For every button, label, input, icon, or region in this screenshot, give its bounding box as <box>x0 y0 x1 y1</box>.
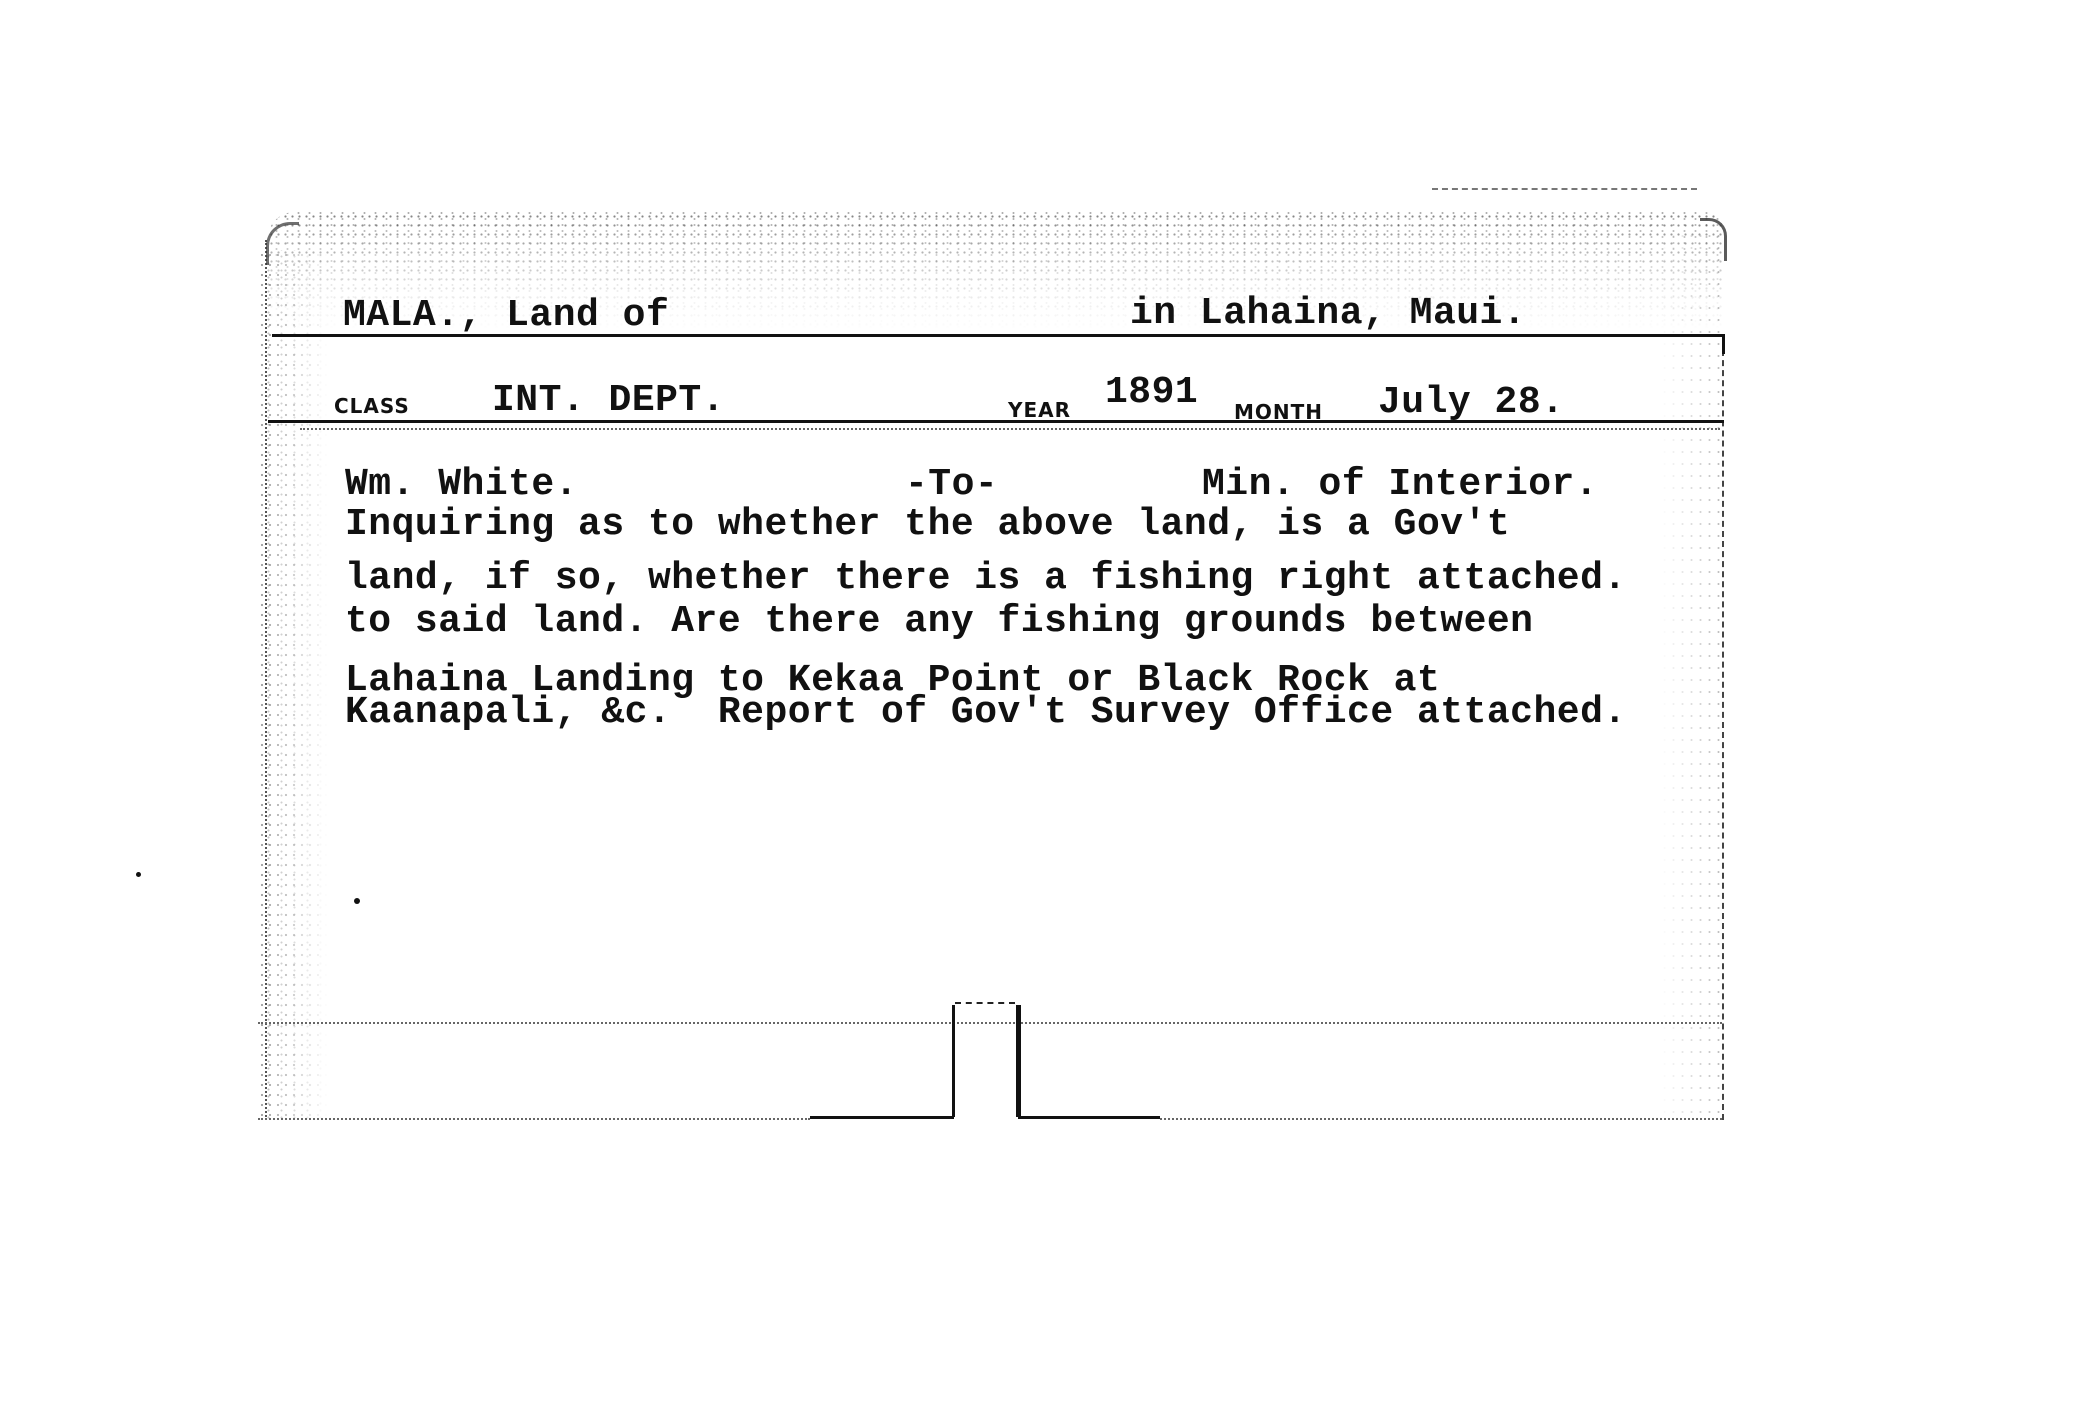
card-title-left: MALA., Land of <box>343 297 669 335</box>
year-label: YEAR <box>1008 400 1071 420</box>
bottom-edge-left <box>258 1118 810 1120</box>
card-left-edge <box>265 240 267 1120</box>
stray-mark <box>354 898 360 904</box>
card-corner-top-right <box>1700 218 1727 261</box>
top-dashed-line <box>1432 188 1697 190</box>
month-value: July 28. <box>1378 384 1564 422</box>
body-line-3: to said land. Are there any fishing grou… <box>345 603 1534 641</box>
class-rule-shadow <box>300 428 1720 430</box>
year-value: 1891 <box>1105 374 1198 412</box>
card-speckle-right <box>1660 230 1726 1120</box>
bottom-edge-right <box>1160 1118 1722 1120</box>
body-line-1: Inquiring as to whether the above land, … <box>345 506 1510 544</box>
stray-mark <box>136 872 141 877</box>
class-rule <box>268 420 1724 423</box>
scanned-page: MALA., Land of in Lahaina, Maui. CLASS I… <box>0 0 2099 1427</box>
bottom-rule-left <box>810 1116 954 1119</box>
recipient: Min. of Interior. <box>1202 466 1598 504</box>
card-right-edge <box>1722 340 1724 1120</box>
body-line-5: Kaanapali, &c. Report of Gov't Survey Of… <box>345 694 1627 732</box>
title-rule <box>272 334 1724 337</box>
body-line-2: land, if so, whether there is a fishing … <box>345 560 1627 598</box>
tab-notch-left <box>952 1005 955 1117</box>
sender: Wm. White. <box>345 466 578 504</box>
class-label: CLASS <box>334 396 410 416</box>
class-value: INT. DEPT. <box>492 382 725 420</box>
tab-notch-top <box>955 1002 1015 1004</box>
bottom-rule-right <box>1018 1116 1160 1119</box>
tab-notch-right <box>1016 1005 1021 1117</box>
title-rule-tick <box>1722 334 1725 354</box>
to-marker: -To- <box>905 466 998 504</box>
lower-dotted-rule <box>258 1022 1722 1024</box>
card-speckle-left <box>258 250 328 1120</box>
card-title-right: in Lahaina, Maui. <box>1130 295 1526 333</box>
month-label: MONTH <box>1234 402 1323 422</box>
